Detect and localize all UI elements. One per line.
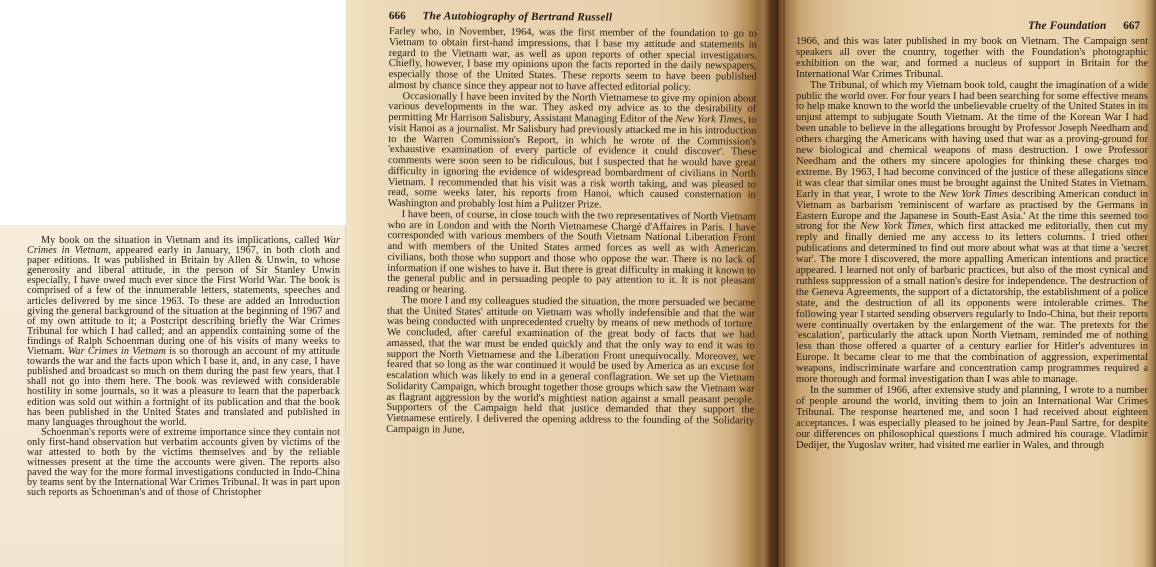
paragraph: Occasionally I have been invited by the …	[388, 91, 757, 212]
left-page-paper: My book on the situation in Vietnam and …	[0, 225, 346, 567]
right-page-header: The Foundation 667	[1028, 20, 1140, 32]
paragraph: I have been, of course, in close touch w…	[387, 210, 756, 299]
page-number: 666	[389, 10, 406, 22]
center-page-666: 666 The Autobiography of Bertrand Russel…	[346, 0, 778, 567]
running-title: The Autobiography of Bertrand Russell	[422, 10, 612, 23]
center-page-body-text: Farley who, in November, 1964, was the f…	[386, 27, 757, 438]
paragraph: Farley who, in November, 1964, was the f…	[389, 27, 757, 94]
running-title: The Foundation	[1028, 20, 1106, 32]
left-page-body-text: My book on the situation in Vietnam and …	[27, 236, 340, 498]
paragraph: The Tribunal, of which my Vietnam book t…	[796, 81, 1148, 386]
right-page-667: The Foundation 667 1966, and this was la…	[778, 0, 1156, 567]
page-number: 667	[1123, 20, 1140, 32]
left-partial-page: My book on the situation in Vietnam and …	[0, 0, 346, 567]
book-scan: My book on the situation in Vietnam and …	[0, 0, 1156, 567]
center-page-header: 666 The Autobiography of Bertrand Russel…	[389, 10, 759, 25]
right-page-body-text: 1966, and this was later published in my…	[796, 37, 1148, 451]
paragraph: The more I and my colleagues studied the…	[386, 296, 755, 438]
paragraph: My book on the situation in Vietnam and …	[27, 236, 340, 428]
paragraph: In the summer of 1966, after extensive s…	[796, 386, 1148, 451]
paragraph: Schoenman's reports were of extreme impo…	[27, 428, 340, 499]
paragraph: 1966, and this was later published in my…	[796, 37, 1148, 81]
